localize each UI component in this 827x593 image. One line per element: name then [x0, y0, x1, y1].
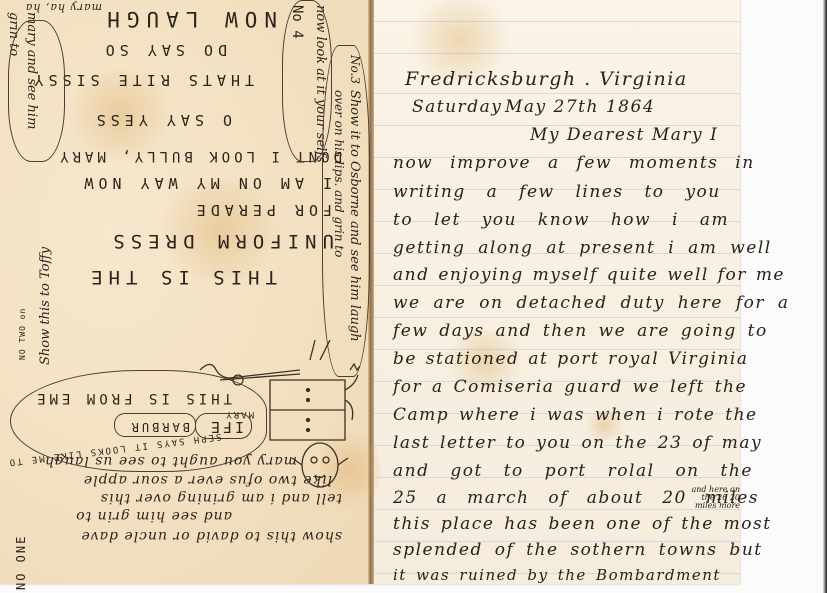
letter-date: May 27th 1864 — [505, 97, 655, 117]
letter-line: and got to port rolal on the — [393, 461, 753, 481]
letter-line: writing a few lines to you — [393, 182, 721, 202]
letter-line: we are on detached duty here for a — [393, 293, 790, 313]
letter-line: and enjoying myself quite well for me — [393, 265, 785, 285]
note-show-this: Show this to Toffy — [38, 247, 53, 365]
letter-line: Camp where i was when i rote the — [393, 405, 758, 425]
letter-line: be stationed at port royal Virginia — [393, 349, 749, 369]
letter-line: for a Comiseria guard we left the — [393, 377, 747, 397]
note-line: show this to david or uncle dave — [80, 528, 342, 544]
caption-for-perade: FOR PERADE — [192, 201, 332, 219]
letter-line: it was ruined by the Bombardment — [393, 566, 721, 584]
letter-line: few days and then we are going to — [393, 321, 768, 341]
letter-line: last letter to you on the 23 of may — [393, 433, 762, 453]
letter-line: to let you know how i am — [393, 210, 729, 230]
caption-do-say-so: DO SAY SO — [101, 41, 227, 59]
caption-this-is-the: THIS IS THE — [85, 266, 277, 288]
caption-o-say-yess: O SAY YESS — [92, 111, 232, 129]
note-no-two: NO TWO on — [18, 308, 27, 360]
letter-line: this place has been one of the most — [393, 514, 772, 534]
letter-line: getting along at present i am well — [393, 238, 772, 258]
letter-salutation: My Dearest Mary I — [530, 125, 718, 145]
note-no-one: NO ONE — [14, 535, 28, 590]
left-oval — [8, 20, 65, 162]
letter-line: splended of the sothern towns but — [393, 540, 763, 560]
scan-edge — [823, 0, 827, 593]
no3-oval — [322, 45, 370, 377]
letter-day: Saturday — [412, 97, 502, 117]
soldier-drawing-icon — [180, 340, 360, 520]
letter-line: now improve a few moments in — [393, 153, 755, 173]
caption-on-my-way: I AM ON MY WAY NOW — [79, 174, 332, 192]
caption-uniform-dress: UNIFORM DRESS — [107, 230, 334, 252]
letter-place: Fredricksburgh . Virginia — [405, 68, 688, 90]
caption-now-laugh: NOW LAUGH — [100, 7, 277, 31]
margin-note: and here on the 26 20 miles more — [688, 486, 740, 510]
